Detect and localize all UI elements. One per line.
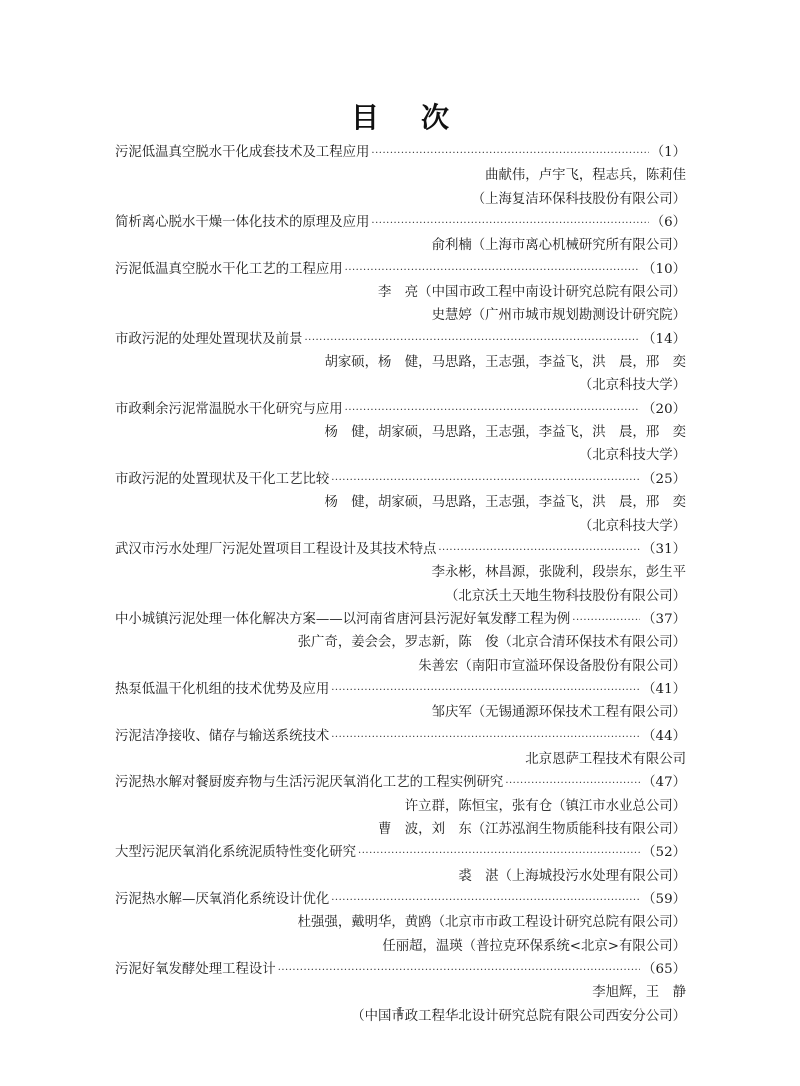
leader-dots [304, 329, 640, 352]
entry-title: 中小城镇污泥处理一体化解决方案——以河南省唐河县污泥好氧发酵工程为例 [115, 608, 570, 631]
entry-title: 污泥热水解对餐厨废弃物与生活污泥厌氧消化工艺的工程实例研究 [115, 771, 503, 794]
leader-dots [358, 842, 640, 865]
entry-authors: 曹 波，刘 东（江苏泓润生物质能科技有限公司） [115, 818, 686, 841]
entry-page: （1） [651, 141, 686, 164]
entry-page: （31） [642, 538, 686, 561]
entry-title: 武汉市污水处理厂污泥处置项目工程设计及其技术特点 [115, 538, 436, 561]
toc-entry[interactable]: 简析离心脱水干燥一体化技术的原理及应用 （6） [115, 211, 686, 234]
entry-title: 市政污泥的处理处置现状及前景 [115, 328, 302, 351]
leader-dots [371, 212, 648, 235]
entry-page: （65） [642, 958, 686, 981]
entry-authors: 张广奇，姜会会，罗志新，陈 俊（北京合清环保技术有限公司） [115, 631, 686, 654]
entry-page: （59） [642, 888, 686, 911]
entry-authors: 裘 湛（上海城投污水处理有限公司） [115, 865, 686, 888]
leader-dots [371, 142, 648, 165]
leader-dots [331, 469, 640, 492]
page-number: I [0, 1005, 800, 1019]
entry-title: 市政污泥的处置现状及干化工艺比较 [115, 468, 329, 491]
toc-entry[interactable]: 污泥低温真空脱水干化成套技术及工程应用 （1） [115, 141, 686, 164]
entry-page: （25） [642, 468, 686, 491]
toc-entry[interactable]: 大型污泥厌氧消化系统泥质特性变化研究 （52） [115, 841, 686, 864]
entry-title: 污泥低温真空脱水干化成套技术及工程应用 [115, 141, 369, 164]
leader-dots [438, 539, 640, 562]
leader-dots [331, 889, 640, 912]
toc-entry[interactable]: 市政剩余污泥常温脱水干化研究与应用 （20） [115, 398, 686, 421]
entry-authors: 史慧婷（广州市城市规划勘测设计研究院） [115, 304, 686, 327]
toc-entry[interactable]: 污泥热水解对餐厨废弃物与生活污泥厌氧消化工艺的工程实例研究 （47） [115, 771, 686, 794]
entry-title: 市政剩余污泥常温脱水干化研究与应用 [115, 398, 343, 421]
entry-affiliation: （北京科技大学） [115, 374, 686, 397]
entry-authors: 杨 健，胡家硕，马思路，王志强，李益飞，洪 晨，邢 奕 [115, 421, 686, 444]
entry-title: 简析离心脱水干燥一体化技术的原理及应用 [115, 211, 369, 234]
entry-affiliation: （上海复洁环保科技股份有限公司） [115, 188, 686, 211]
entry-authors: 邹庆军（无锡通源环保技术工程有限公司） [115, 701, 686, 724]
entry-authors: 朱善宏（南阳市宣溢环保设备股份有限公司） [115, 655, 686, 678]
entry-authors: 俞利楠（上海市离心机械研究所有限公司） [115, 234, 686, 257]
entry-title: 热泵低温干化机组的技术优势及应用 [115, 678, 329, 701]
toc-entry[interactable]: 市政污泥的处置现状及干化工艺比较 （25） [115, 468, 686, 491]
entry-affiliation: （北京科技大学） [115, 515, 686, 538]
entry-page: （10） [642, 258, 686, 281]
entry-affiliation: （北京科技大学） [115, 444, 686, 467]
leader-dots [572, 609, 640, 632]
entry-page: （47） [642, 771, 686, 794]
entry-page: （44） [642, 725, 686, 748]
entry-authors: 曲献伟，卢宇飞，程志兵，陈莉佳 [115, 164, 686, 187]
entry-authors: 胡家硕，杨 健，马思路，王志强，李益飞，洪 晨，邢 奕 [115, 351, 686, 374]
table-of-contents: 污泥低温真空脱水干化成套技术及工程应用 （1） 曲献伟，卢宇飞，程志兵，陈莉佳 … [115, 141, 686, 1028]
leader-dots [331, 679, 640, 702]
entry-title: 污泥低温真空脱水干化工艺的工程应用 [115, 258, 343, 281]
page-title: 目次 [0, 96, 800, 136]
leader-dots [278, 959, 640, 982]
entry-title: 大型污泥厌氧消化系统泥质特性变化研究 [115, 841, 356, 864]
toc-entry[interactable]: 热泵低温干化机组的技术优势及应用 （41） [115, 678, 686, 701]
entry-page: （37） [642, 608, 686, 631]
toc-entry[interactable]: 市政污泥的处理处置现状及前景 （14） [115, 328, 686, 351]
leader-dots [345, 399, 641, 422]
entry-authors: 许立群，陈恒宝，张有仓（镇江市水业总公司） [115, 795, 686, 818]
toc-entry[interactable]: 武汉市污水处理厂污泥处置项目工程设计及其技术特点 （31） [115, 538, 686, 561]
toc-entry[interactable]: 污泥低温真空脱水干化工艺的工程应用 （10） [115, 258, 686, 281]
entry-page: （20） [642, 398, 686, 421]
entry-title: 污泥热水解—厌氧消化系统设计优化 [115, 888, 329, 911]
toc-entry[interactable]: 污泥洁净接收、储存与输送系统技术 （44） [115, 725, 686, 748]
toc-entry[interactable]: 污泥热水解—厌氧消化系统设计优化 （59） [115, 888, 686, 911]
entry-authors: 李旭辉，王 静 [115, 981, 686, 1004]
entry-authors: 任丽超，温瑛（普拉克环保系统<北京>有限公司） [115, 935, 686, 958]
entry-affiliation: （北京沃土天地生物科技股份有限公司） [115, 585, 686, 608]
entry-title: 污泥洁净接收、储存与输送系统技术 [115, 725, 329, 748]
leader-dots [345, 259, 641, 282]
entry-page: （52） [642, 841, 686, 864]
entry-page: （6） [651, 211, 686, 234]
entry-authors: 北京恩萨工程技术有限公司 [115, 748, 686, 771]
entry-title: 污泥好氧发酵处理工程设计 [115, 958, 276, 981]
entry-authors: 李永彬，林昌源，张陇利，段崇东，彭生平 [115, 561, 686, 584]
entry-authors: 李 亮（中国市政工程中南设计研究总院有限公司） [115, 281, 686, 304]
entry-page: （14） [642, 328, 686, 351]
leader-dots [331, 726, 640, 749]
toc-entry[interactable]: 污泥好氧发酵处理工程设计 （65） [115, 958, 686, 981]
entry-authors: 杨 健，胡家硕，马思路，王志强，李益飞，洪 晨，邢 奕 [115, 491, 686, 514]
leader-dots [505, 772, 640, 795]
entry-page: （41） [642, 678, 686, 701]
toc-entry[interactable]: 中小城镇污泥处理一体化解决方案——以河南省唐河县污泥好氧发酵工程为例 （37） [115, 608, 686, 631]
entry-authors: 杜强强，戴明华，黄鸥（北京市市政工程设计研究总院有限公司） [115, 911, 686, 934]
